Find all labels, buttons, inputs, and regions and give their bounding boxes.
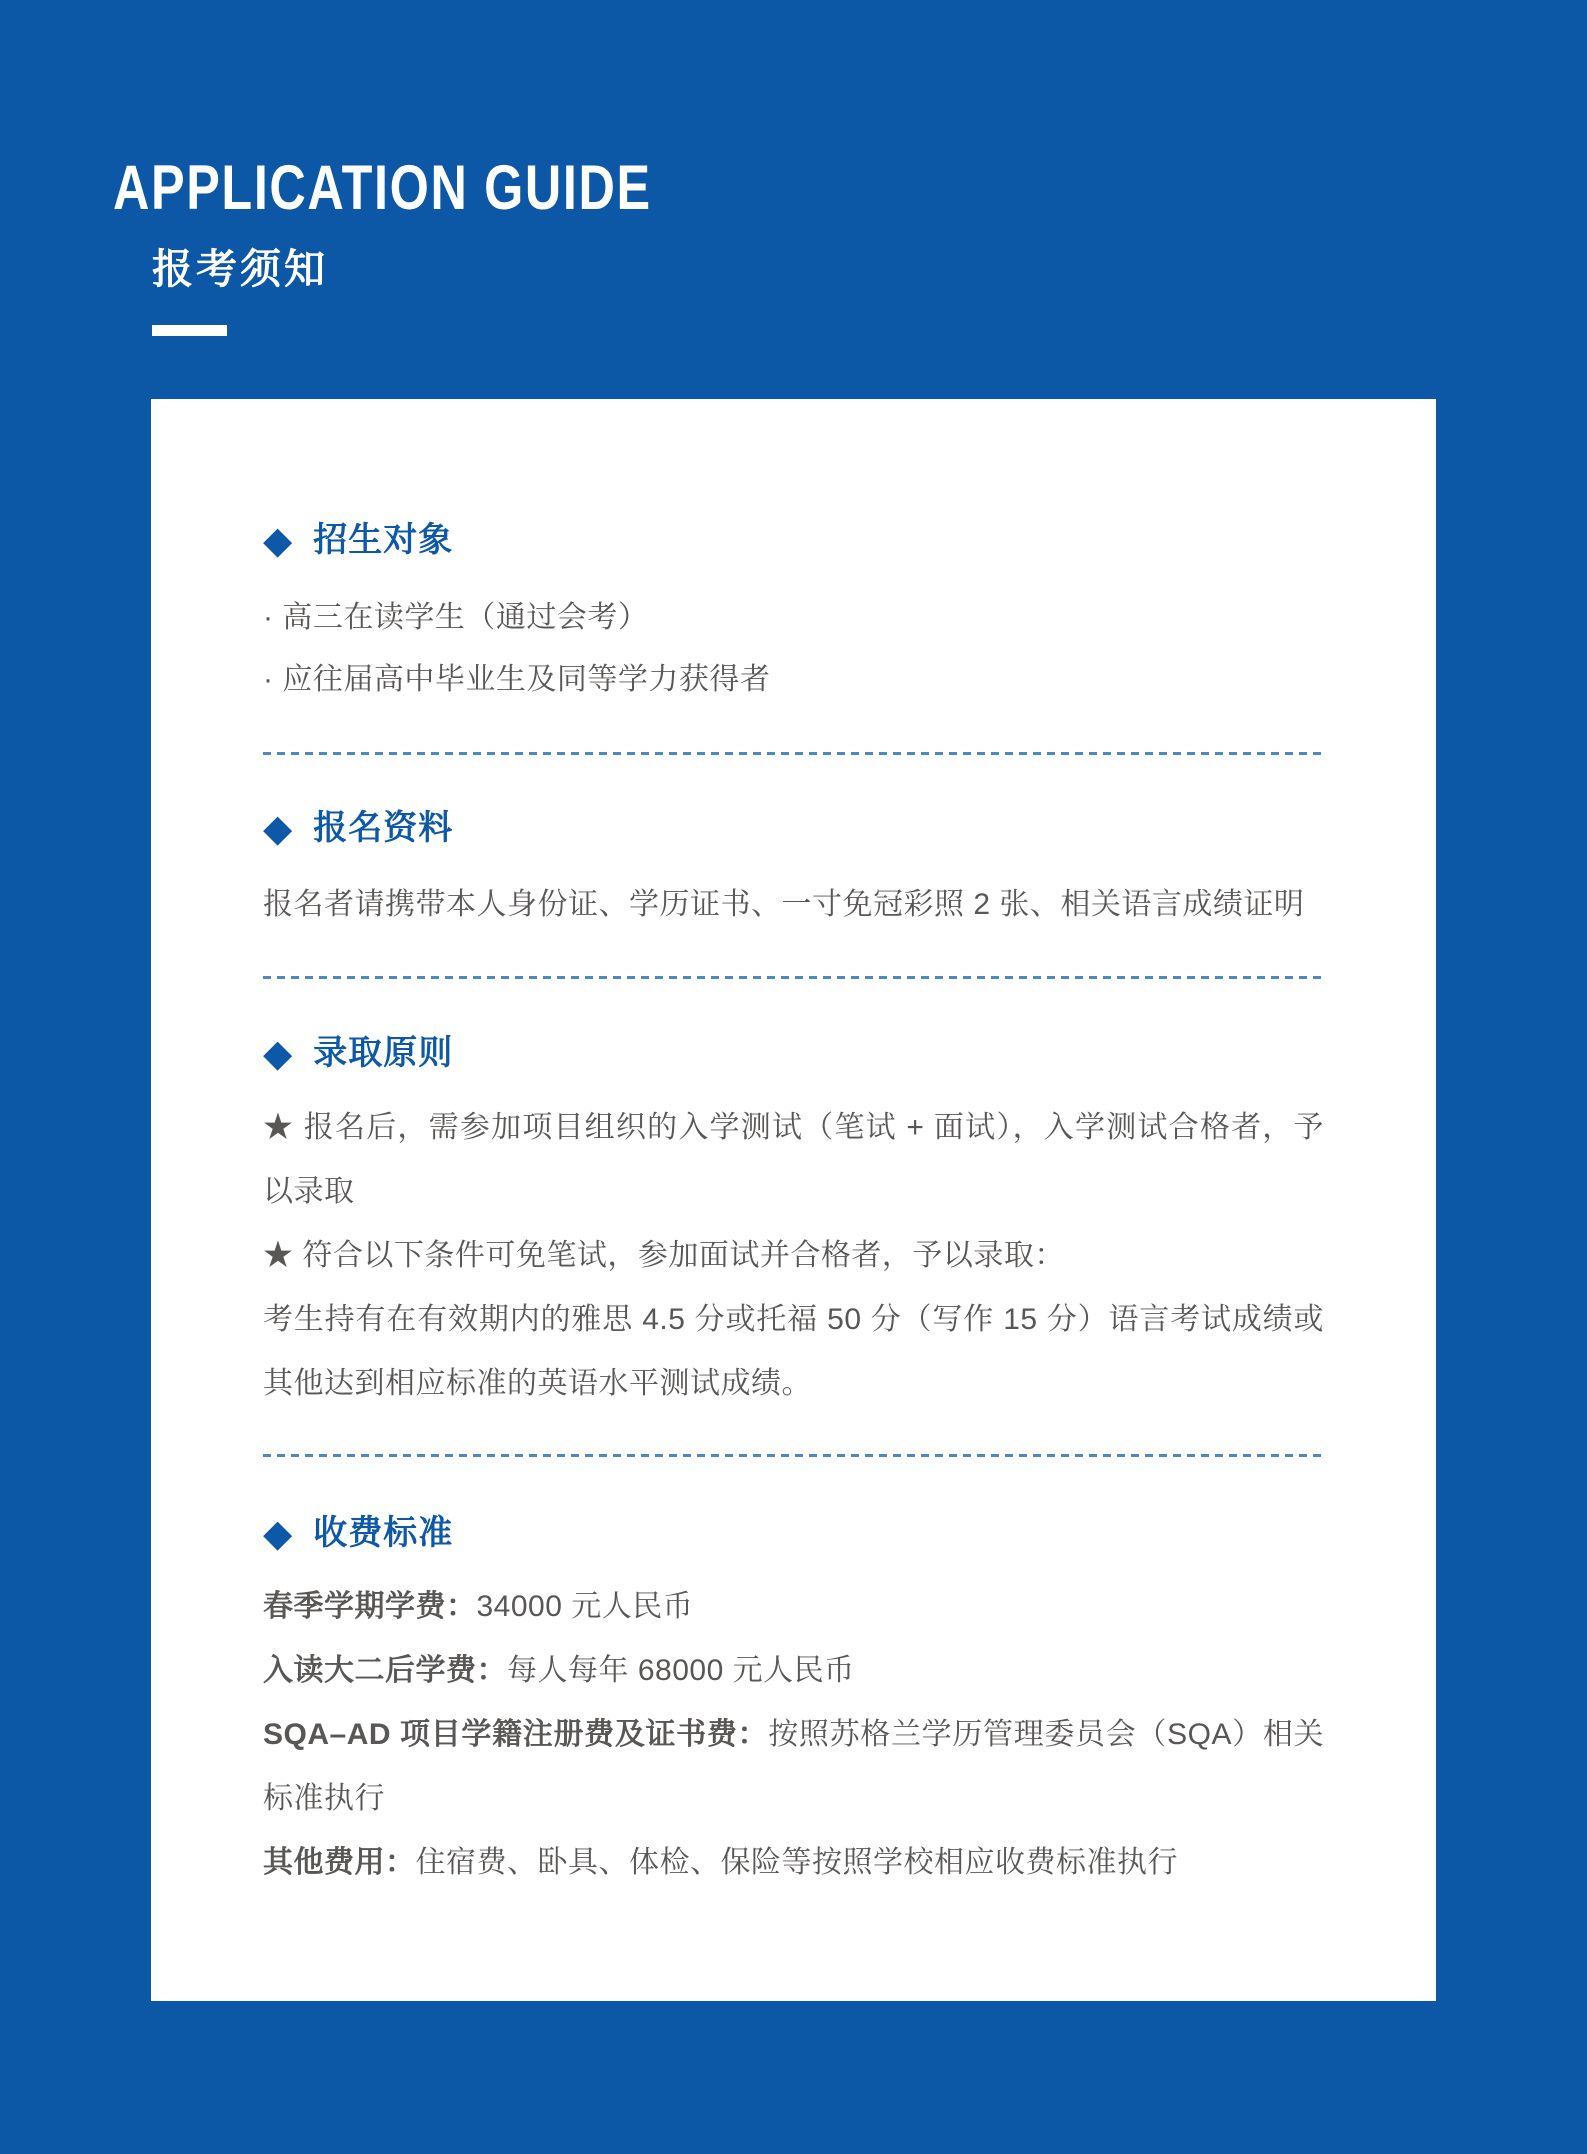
- fee-line: SQA–AD 项目学籍注册费及证书费：按照苏格兰学历管理委员会（SQA）相关标准…: [263, 1703, 1324, 1831]
- fee-line: 入读大二后学费：每人每年 68000 元人民币: [263, 1639, 1324, 1703]
- fee-line: 春季学期学费：34000 元人民币: [263, 1575, 1324, 1639]
- fee-value: 住宿费、卧具、体检、保险等按照学校相应收费标准执行: [416, 1846, 1179, 1879]
- section-heading-admission-principles: ◆ 录取原则: [263, 1031, 1324, 1075]
- dashed-divider: [263, 1454, 1324, 1457]
- fee-value: 34000 元人民币: [477, 1590, 694, 1623]
- list-item: · 高三在读学生（通过会考）: [263, 587, 1324, 649]
- diamond-icon: ◆: [263, 806, 293, 850]
- fee-value: 每人每年 68000 元人民币: [507, 1654, 855, 1687]
- section-heading-label: 招生对象: [313, 518, 453, 562]
- diamond-icon: ◆: [263, 1511, 293, 1555]
- section-heading-fee-standards: ◆ 收费标准: [263, 1511, 1324, 1555]
- section-heading-application-materials: ◆ 报名资料: [263, 806, 1324, 850]
- fee-label: 其他费用：: [263, 1846, 416, 1879]
- fee-standards-list: 春季学期学费：34000 元人民币 入读大二后学费：每人每年 68000 元人民…: [263, 1575, 1324, 1895]
- admission-targets-list: · 高三在读学生（通过会考） · 应往届高中毕业生及同等学力获得者: [263, 587, 1324, 711]
- fee-label: SQA–AD 项目学籍注册费及证书费：: [263, 1718, 768, 1751]
- section-heading-label: 收费标准: [313, 1511, 453, 1555]
- paragraph-line: ★ 符合以下条件可免笔试，参加面试并合格者，予以录取：: [263, 1224, 1324, 1288]
- dashed-divider: [263, 752, 1324, 755]
- content-card: ◆ 招生对象 · 高三在读学生（通过会考） · 应往届高中毕业生及同等学力获得者…: [151, 399, 1436, 2001]
- section-heading-admission-targets: ◆ 招生对象: [263, 518, 1324, 562]
- fee-line: 其他费用：住宿费、卧具、体检、保险等按照学校相应收费标准执行: [263, 1831, 1324, 1895]
- list-item: · 应往届高中毕业生及同等学力获得者: [263, 649, 1324, 711]
- fee-label: 春季学期学费：: [263, 1590, 477, 1623]
- section-heading-label: 报名资料: [313, 806, 453, 850]
- title-underline-bar: [152, 325, 227, 336]
- paragraph-line: ★ 报名后，需参加项目组织的入学测试（笔试 + 面试），入学测试合格者，予以录取: [263, 1096, 1324, 1224]
- page-title-chinese: 报考须知: [152, 236, 328, 295]
- page-title-english: APPLICATION GUIDE: [113, 152, 652, 224]
- application-materials-paragraph: 报名者请携带本人身份证、学历证书、一寸免冠彩照 2 张、相关语言成绩证明: [263, 874, 1324, 936]
- diamond-icon: ◆: [263, 518, 293, 562]
- admission-principles-paragraph: ★ 报名后，需参加项目组织的入学测试（笔试 + 面试），入学测试合格者，予以录取…: [263, 1096, 1324, 1416]
- section-heading-label: 录取原则: [313, 1031, 453, 1075]
- diamond-icon: ◆: [263, 1031, 293, 1075]
- fee-label: 入读大二后学费：: [263, 1654, 507, 1687]
- dashed-divider: [263, 976, 1324, 979]
- paragraph-line: 考生持有在有效期内的雅思 4.5 分或托福 50 分（写作 15 分）语言考试成…: [263, 1288, 1324, 1416]
